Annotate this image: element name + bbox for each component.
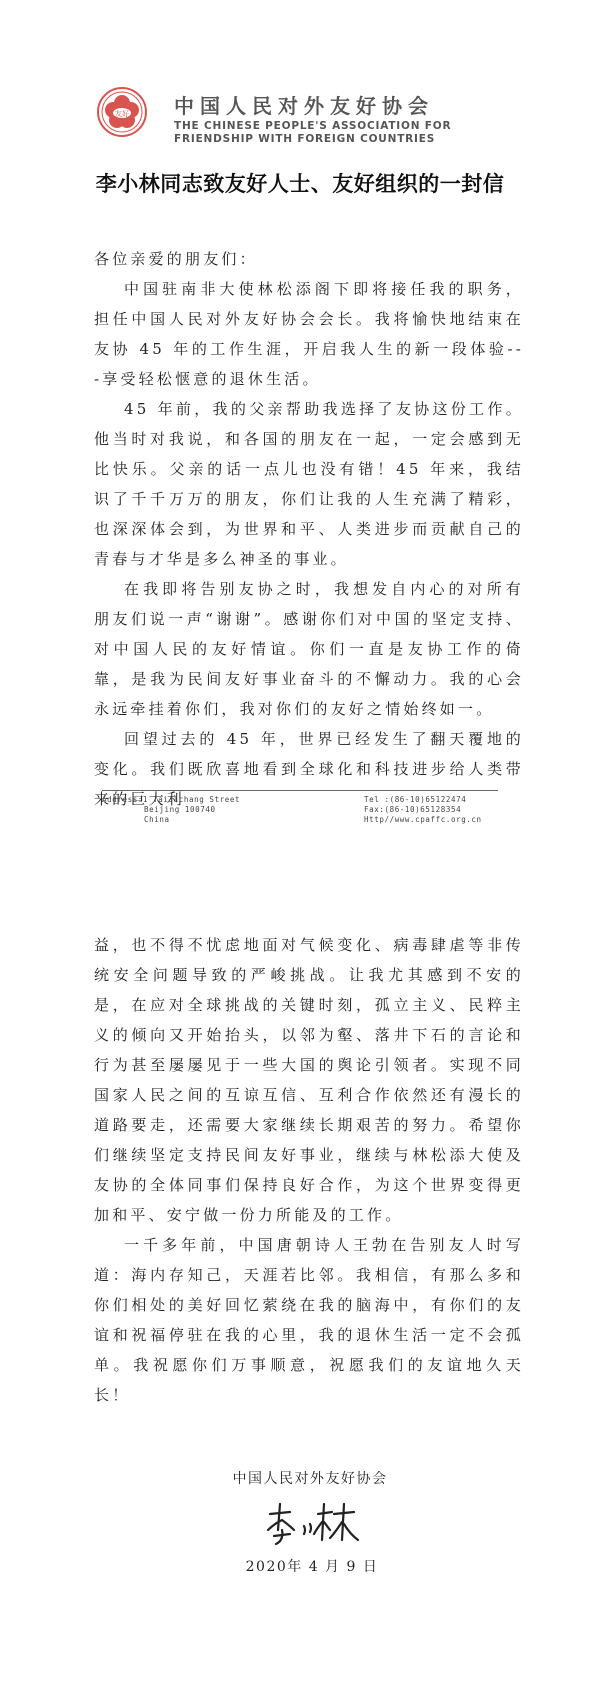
paragraph: 中国驻南非大使林松添阁下即将接任我的职务，担任中国人民对外友好协会会长。我将愉快… <box>94 274 524 394</box>
footer-address: Address:1 TaiJichang Street Beijing 1007… <box>102 795 240 825</box>
letter-body-page2: 益，也不得不忧虑地面对气候变化、病毒肆虐等非传统安全问题导致的严峻挑战。让我尤其… <box>94 930 524 1410</box>
org-name-cn: 中国人民对外友好协会 <box>174 90 434 119</box>
letter-body-page1: 中国驻南非大使林松添阁下即将接任我的职务，担任中国人民对外友好协会会长。我将愉快… <box>94 274 524 814</box>
org-name-en-line2: FRIENDSHIP WITH FOREIGN COUNTRIES <box>174 133 451 146</box>
org-name-en: THE CHINESE PEOPLE'S ASSOCIATION FOR FRI… <box>174 120 451 146</box>
org-name-en-line1: THE CHINESE PEOPLE'S ASSOCIATION FOR <box>174 120 451 133</box>
letter-title: 李小林同志致友好人士、友好组织的一封信 <box>0 168 600 198</box>
letterhead: 友好 中国人民对外友好协会 THE CHINESE PEOPLE'S ASSOC… <box>96 82 516 148</box>
address-line3: China <box>102 815 240 825</box>
paragraph-continuation: 益，也不得不忧虑地面对气候变化、病毒肆虐等非传统安全问题导致的严峻挑战。让我尤其… <box>94 930 524 1230</box>
website: Http//www.cpaffc.org.cn <box>364 815 482 825</box>
svg-text:友好: 友好 <box>115 109 129 118</box>
footer-contact: Tel :(86-10)65122474 Fax:(86-10)65128354… <box>364 795 482 825</box>
signature-image <box>260 1500 360 1545</box>
paragraph: 在我即将告别友协之时，我想发自内心的对所有朋友们说一声“谢谢”。感谢你们对中国的… <box>94 574 524 724</box>
letter-date: 2020年 4 月 9 日 <box>12 1556 600 1576</box>
tel: Tel :(86-10)65122474 <box>364 795 482 805</box>
paragraph: 45 年前，我的父亲帮助我选择了友协这份工作。他当时对我说，和各国的朋友在一起，… <box>94 394 524 574</box>
salutation: 各位亲爱的朋友们： <box>94 244 524 274</box>
address-line2: Beijing 100740 <box>102 805 240 815</box>
fax: Fax:(86-10)65128354 <box>364 805 482 815</box>
footer-divider <box>102 790 498 791</box>
letterhead-footer: Address:1 TaiJichang Street Beijing 1007… <box>102 795 498 835</box>
closing-organization: 中国人民对外友好协会 <box>10 1468 600 1488</box>
association-logo-icon: 友好 <box>96 86 148 138</box>
paragraph: 一千多年前，中国唐朝诗人王勃在告别友人时写道：海内存知己，天涯若比邻。我相信，有… <box>94 1230 524 1410</box>
address-line1: Address:1 TaiJichang Street <box>102 795 240 805</box>
